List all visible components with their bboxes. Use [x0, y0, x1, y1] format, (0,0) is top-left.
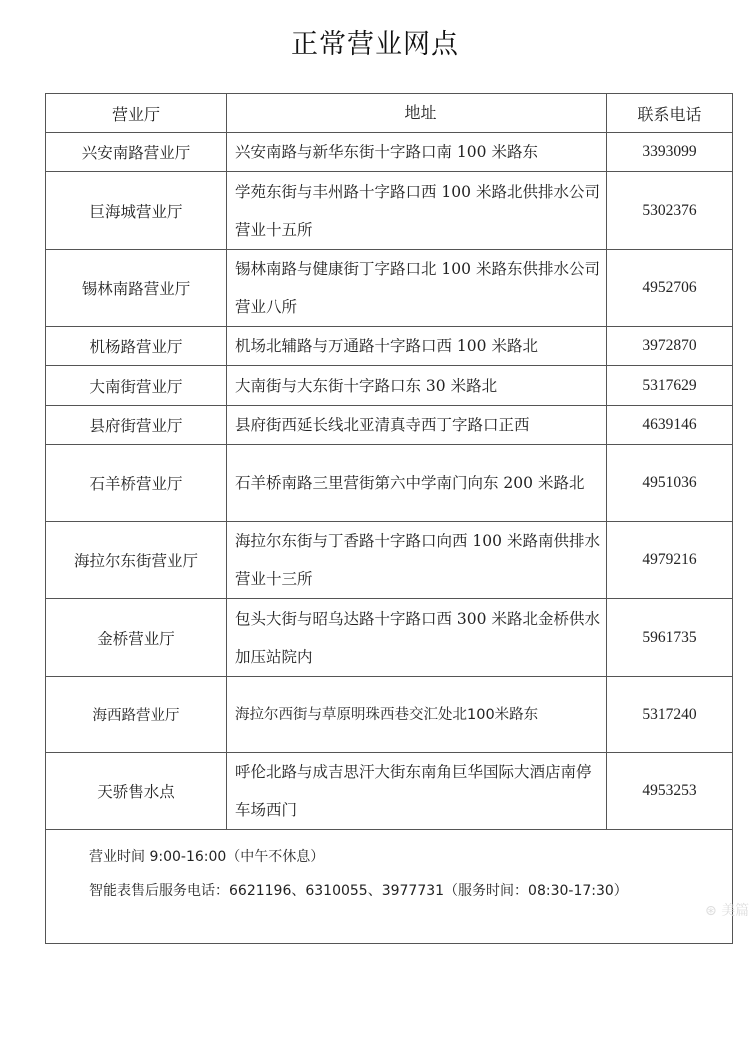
table-row: 金桥营业厅 包头大街与昭乌达路十字路口西 300 米路北金桥供水加压站院内 59… — [46, 599, 733, 677]
branch-phone: 5317240 — [607, 677, 733, 753]
branch-name: 大南街营业厅 — [46, 366, 227, 406]
branch-address: 海拉尔西街与草原明珠西巷交汇处北100米路东 — [227, 677, 607, 753]
branch-phone: 5302376 — [607, 172, 733, 250]
branch-name: 巨海城营业厅 — [46, 172, 227, 250]
branch-phone: 5961735 — [607, 599, 733, 677]
table-row: 机杨路营业厅 机场北辅路与万通路十字路口西 100 米路北 3972870 — [46, 327, 733, 366]
branch-phone: 3972870 — [607, 327, 733, 366]
branch-name: 海拉尔东街营业厅 — [46, 522, 227, 599]
branch-name: 海西路营业厅 — [46, 677, 227, 753]
footer-cell: 营业时间 9:00-16:00（中午不休息） 智能表售后服务电话：6621196… — [46, 830, 733, 944]
header-address: 地址 — [227, 94, 607, 133]
table-row: 海西路营业厅 海拉尔西街与草原明珠西巷交汇处北100米路东 5317240 — [46, 677, 733, 753]
branch-address: 县府街西延长线北亚清真寺西丁字路口正西 — [227, 406, 607, 445]
branch-address: 海拉尔东街与丁香路十字路口向西 100 米路南供排水营业十三所 — [227, 522, 607, 599]
branch-phone: 4953253 — [607, 753, 733, 830]
branch-address: 学苑东街与丰州路十字路口西 100 米路北供排水公司营业十五所 — [227, 172, 607, 250]
branch-name: 县府街营业厅 — [46, 406, 227, 445]
branch-name: 石羊桥营业厅 — [46, 445, 227, 522]
branch-address: 机场北辅路与万通路十字路口西 100 米路北 — [227, 327, 607, 366]
branch-phone: 5317629 — [607, 366, 733, 406]
header-branch: 营业厅 — [46, 94, 227, 133]
branch-name: 机杨路营业厅 — [46, 327, 227, 366]
branch-name: 金桥营业厅 — [46, 599, 227, 677]
branch-address: 石羊桥南路三里营街第六中学南门向东 200 米路北 — [227, 445, 607, 522]
branch-address: 大南街与大东街十字路口东 30 米路北 — [227, 366, 607, 406]
table-row: 海拉尔东街营业厅 海拉尔东街与丁香路十字路口向西 100 米路南供排水营业十三所… — [46, 522, 733, 599]
branch-phone: 4639146 — [607, 406, 733, 445]
watermark-text: 美篇 — [721, 903, 749, 919]
branch-address: 兴安南路与新华东街十字路口南 100 米路东 — [227, 133, 607, 172]
table-row: 大南街营业厅 大南街与大东街十字路口东 30 米路北 5317629 — [46, 366, 733, 406]
branch-name: 天骄售水点 — [46, 753, 227, 830]
branch-table: 营业厅 地址 联系电话 兴安南路营业厅 兴安南路与新华东街十字路口南 100 米… — [45, 93, 733, 944]
table-row: 巨海城营业厅 学苑东街与丰州路十字路口西 100 米路北供排水公司营业十五所 5… — [46, 172, 733, 250]
table-row: 兴安南路营业厅 兴安南路与新华东街十字路口南 100 米路东 3393099 — [46, 133, 733, 172]
service-phones: 智能表售后服务电话：6621196、6310055、3977731（服务时间：0… — [46, 880, 732, 900]
business-hours: 营业时间 9:00-16:00（中午不休息） — [46, 846, 732, 866]
branch-phone: 4951036 — [607, 445, 733, 522]
watermark-logo: ⊛ 美篇 — [705, 900, 749, 920]
branch-name: 兴安南路营业厅 — [46, 133, 227, 172]
table-row: 县府街营业厅 县府街西延长线北亚清真寺西丁字路口正西 4639146 — [46, 406, 733, 445]
branch-phone: 4952706 — [607, 250, 733, 327]
meipian-logo-icon: ⊛ — [705, 903, 717, 919]
branch-name: 锡林南路营业厅 — [46, 250, 227, 327]
branch-address: 锡林南路与健康街丁字路口北 100 米路东供排水公司营业八所 — [227, 250, 607, 327]
header-phone: 联系电话 — [607, 94, 733, 133]
table-row: 天骄售水点 呼伦北路与成吉思汗大街东南角巨华国际大酒店南停车场西门 495325… — [46, 753, 733, 830]
table-row: 锡林南路营业厅 锡林南路与健康街丁字路口北 100 米路东供排水公司营业八所 4… — [46, 250, 733, 327]
branch-phone: 3393099 — [607, 133, 733, 172]
footer-row: 营业时间 9:00-16:00（中午不休息） 智能表售后服务电话：6621196… — [46, 830, 733, 944]
table-header-row: 营业厅 地址 联系电话 — [46, 94, 733, 133]
table-row: 石羊桥营业厅 石羊桥南路三里营街第六中学南门向东 200 米路北 4951036 — [46, 445, 733, 522]
branch-phone: 4979216 — [607, 522, 733, 599]
branch-address: 呼伦北路与成吉思汗大街东南角巨华国际大酒店南停车场西门 — [227, 753, 607, 830]
page-title: 正常营业网点 — [0, 22, 750, 61]
branch-address: 包头大街与昭乌达路十字路口西 300 米路北金桥供水加压站院内 — [227, 599, 607, 677]
